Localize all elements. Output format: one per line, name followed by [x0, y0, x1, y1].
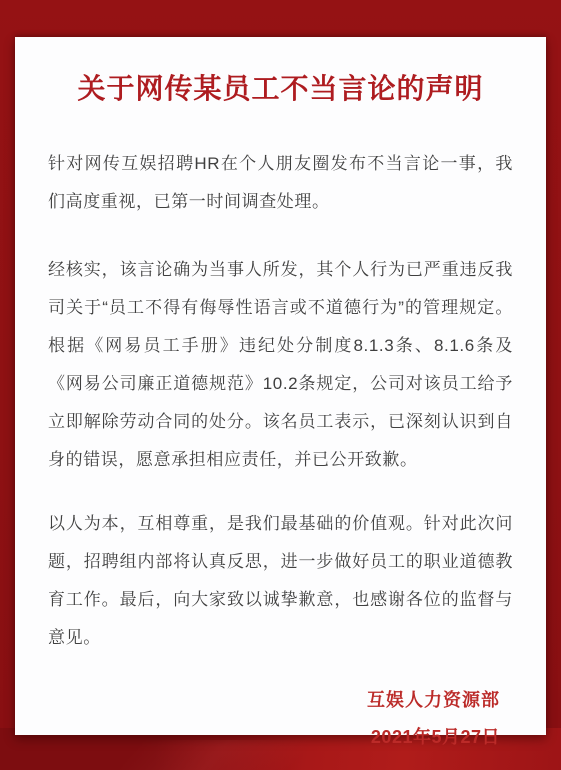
signature-date: 2021年5月27日 [48, 725, 500, 749]
statement-card: 关于网传某员工不当言论的声明 针对网传互娱招聘HR在个人朋友圈发布不当言论一事，… [15, 37, 546, 735]
statement-title: 关于网传某员工不当言论的声明 [48, 72, 513, 106]
statement-paragraph-1: 针对网传互娱招聘HR在个人朋友圈发布不当言论一事，我们高度重视，已第一时间调查处… [48, 145, 513, 221]
signature-block: 互娱人力资源部 2021年5月27日 [48, 688, 513, 749]
statement-paragraph-3: 以人为本，互相尊重，是我们最基础的价值观。针对此次问题，招聘组内部将认真反思，进… [48, 505, 513, 657]
statement-poster: 关于网传某员工不当言论的声明 针对网传互娱招聘HR在个人朋友圈发布不当言论一事，… [0, 0, 561, 770]
statement-paragraph-2: 经核实，该言论确为当事人所发，其个人行为已严重违反我司关于“员工不得有侮辱性语言… [48, 251, 513, 479]
signature-department: 互娱人力资源部 [48, 688, 500, 712]
